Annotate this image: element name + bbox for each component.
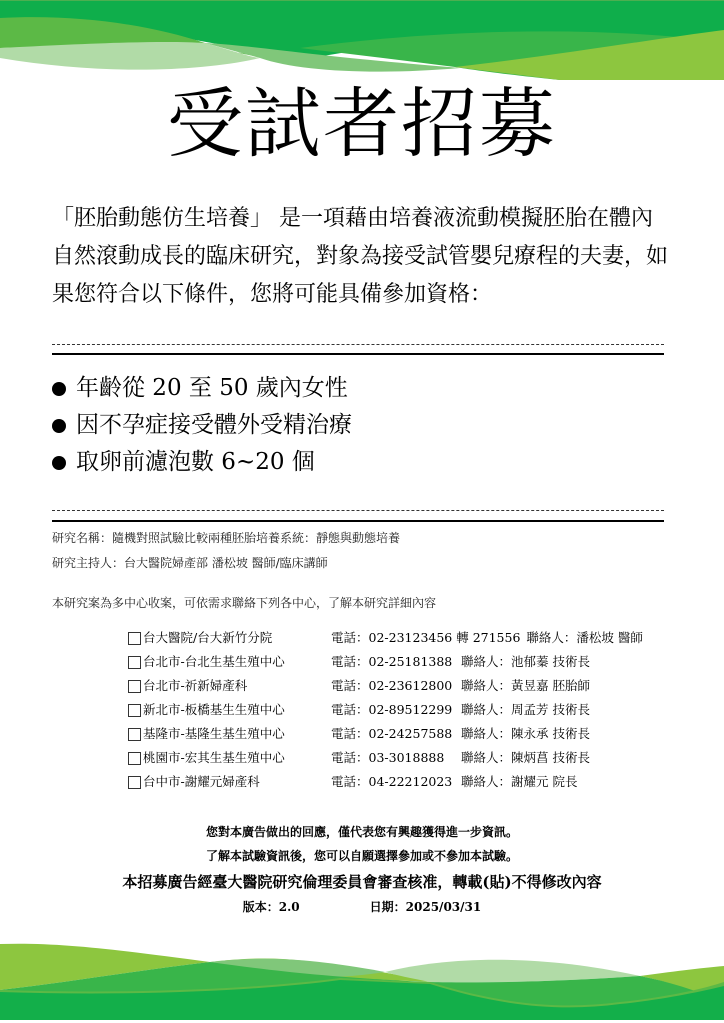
center-phone: 電話：02-25181388 (331, 650, 461, 674)
criteria-item: 取卵前濾泡數 6~20 個 (52, 444, 352, 481)
checkbox[interactable] (128, 776, 141, 789)
center-phone: 電話：02-24257588 (331, 722, 461, 746)
eligibility-criteria-list: 年齡從 20 至 50 歲內女性 因不孕症接受體外受精治療 取卵前濾泡數 6~2… (52, 370, 352, 481)
center-name: 台北市-祈新婦產科 (143, 674, 331, 698)
center-contact: 聯絡人：陳永承 技術長 (461, 722, 590, 746)
center-row: 桃園市-宏其生基生殖中心 電話：03-3018888 聯絡人：陳炳菖 技術長 (128, 746, 643, 770)
center-contact: 聯絡人：黃昱嘉 胚胎師 (461, 674, 590, 698)
center-row: 新北市-板橋基生生殖中心 電話：02-89512299 聯絡人：周孟芳 技術長 (128, 698, 643, 722)
center-name: 桃園市-宏其生基生殖中心 (143, 746, 331, 770)
checkbox[interactable] (128, 752, 141, 765)
study-name: 研究名稱：隨機對照試驗比較兩種胚胎培養系統：靜態與動態培養 (52, 530, 400, 546)
criteria-text: 取卵前濾泡數 6~20 個 (76, 444, 315, 481)
solid-divider (52, 353, 664, 355)
intro-line: 自然滾動成長的臨床研究，對象為接受試管嬰兒療程的夫妻，如 (52, 238, 672, 276)
center-phone: 電話：02-89512299 (331, 698, 461, 722)
irb-approval-notice: 本招募廣告經臺大醫院研究倫理委員會審查核准，轉載(貼)不得修改內容 (0, 871, 724, 892)
center-name: 基隆市-基隆生基生殖中心 (143, 722, 331, 746)
center-phone: 電話：02-23612800 (331, 674, 461, 698)
dashed-divider (52, 344, 664, 345)
center-name: 新北市-板橋基生生殖中心 (143, 698, 331, 722)
criteria-item: 因不孕症接受體外受精治療 (52, 407, 352, 444)
top-wave-banner (0, 0, 724, 80)
center-phone: 電話：02-23123456 轉 271556 (331, 626, 520, 650)
center-name: 台北市-台北生基生殖中心 (143, 650, 331, 674)
center-row: 台北市-台北生基生殖中心 電話：02-25181388 聯絡人：池郁蓁 技術長 (128, 650, 643, 674)
dashed-divider (52, 510, 664, 511)
center-name: 台大醫院/台大新竹分院 (143, 626, 331, 650)
center-phone: 電話：04-22212023 (331, 770, 461, 794)
response-disclaimer: 您對本廣告做出的回應，僅代表您有興趣獲得進一步資訊。 (0, 823, 724, 840)
bullet-icon (52, 456, 66, 470)
criteria-text: 因不孕症接受體外受精治療 (76, 407, 352, 444)
version-date: 版本：2.0日期：2025/03/31 (0, 898, 724, 915)
center-contact: 聯絡人：陳炳菖 技術長 (461, 746, 590, 770)
checkbox[interactable] (128, 656, 141, 669)
center-phone: 電話：03-3018888 (331, 746, 461, 770)
intro-line: 果您符合以下條件，您將可能具備參加資格： (52, 276, 672, 314)
center-contact: 聯絡人：潘松坡 醫師 (526, 626, 642, 650)
center-list: 台大醫院/台大新竹分院 電話：02-23123456 轉 271556 聯絡人：… (128, 626, 643, 794)
checkbox[interactable] (128, 728, 141, 741)
intro-line: 「胚胎動態仿生培養」 是一項藉由培養液流動模擬胚胎在體內 (52, 200, 672, 238)
checkbox[interactable] (128, 680, 141, 693)
version-label: 版本：2.0 (243, 900, 300, 914)
center-contact: 聯絡人：池郁蓁 技術長 (461, 650, 590, 674)
principal-investigator: 研究主持人：台大醫院婦產部 潘松坡 醫師/臨床講師 (52, 555, 328, 571)
bullet-icon (52, 419, 66, 433)
page-title: 受試者招募 (0, 78, 724, 170)
criteria-text: 年齡從 20 至 50 歲內女性 (76, 370, 348, 407)
center-name: 台中市-謝耀元婦產科 (143, 770, 331, 794)
bottom-wave-banner (0, 920, 724, 1023)
center-row: 台北市-祈新婦產科 電話：02-23612800 聯絡人：黃昱嘉 胚胎師 (128, 674, 643, 698)
multicenter-note: 本研究案為多中心收案，可依需求聯絡下列各中心，了解本研究詳細內容 (52, 595, 436, 611)
center-row: 台大醫院/台大新竹分院 電話：02-23123456 轉 271556 聯絡人：… (128, 626, 643, 650)
center-contact: 聯絡人：謝耀元 院長 (461, 770, 577, 794)
checkbox[interactable] (128, 632, 141, 645)
voluntary-disclaimer: 了解本試驗資訊後，您可以自願選擇參加或不參加本試驗。 (0, 847, 724, 864)
solid-divider (52, 520, 664, 522)
bullet-icon (52, 382, 66, 396)
date-label: 日期：2025/03/31 (370, 900, 482, 914)
center-contact: 聯絡人：周孟芳 技術長 (461, 698, 590, 722)
criteria-item: 年齡從 20 至 50 歲內女性 (52, 370, 352, 407)
intro-paragraph: 「胚胎動態仿生培養」 是一項藉由培養液流動模擬胚胎在體內 自然滾動成長的臨床研究… (52, 200, 672, 314)
checkbox[interactable] (128, 704, 141, 717)
center-row: 基隆市-基隆生基生殖中心 電話：02-24257588 聯絡人：陳永承 技術長 (128, 722, 643, 746)
center-row: 台中市-謝耀元婦產科 電話：04-22212023 聯絡人：謝耀元 院長 (128, 770, 643, 794)
